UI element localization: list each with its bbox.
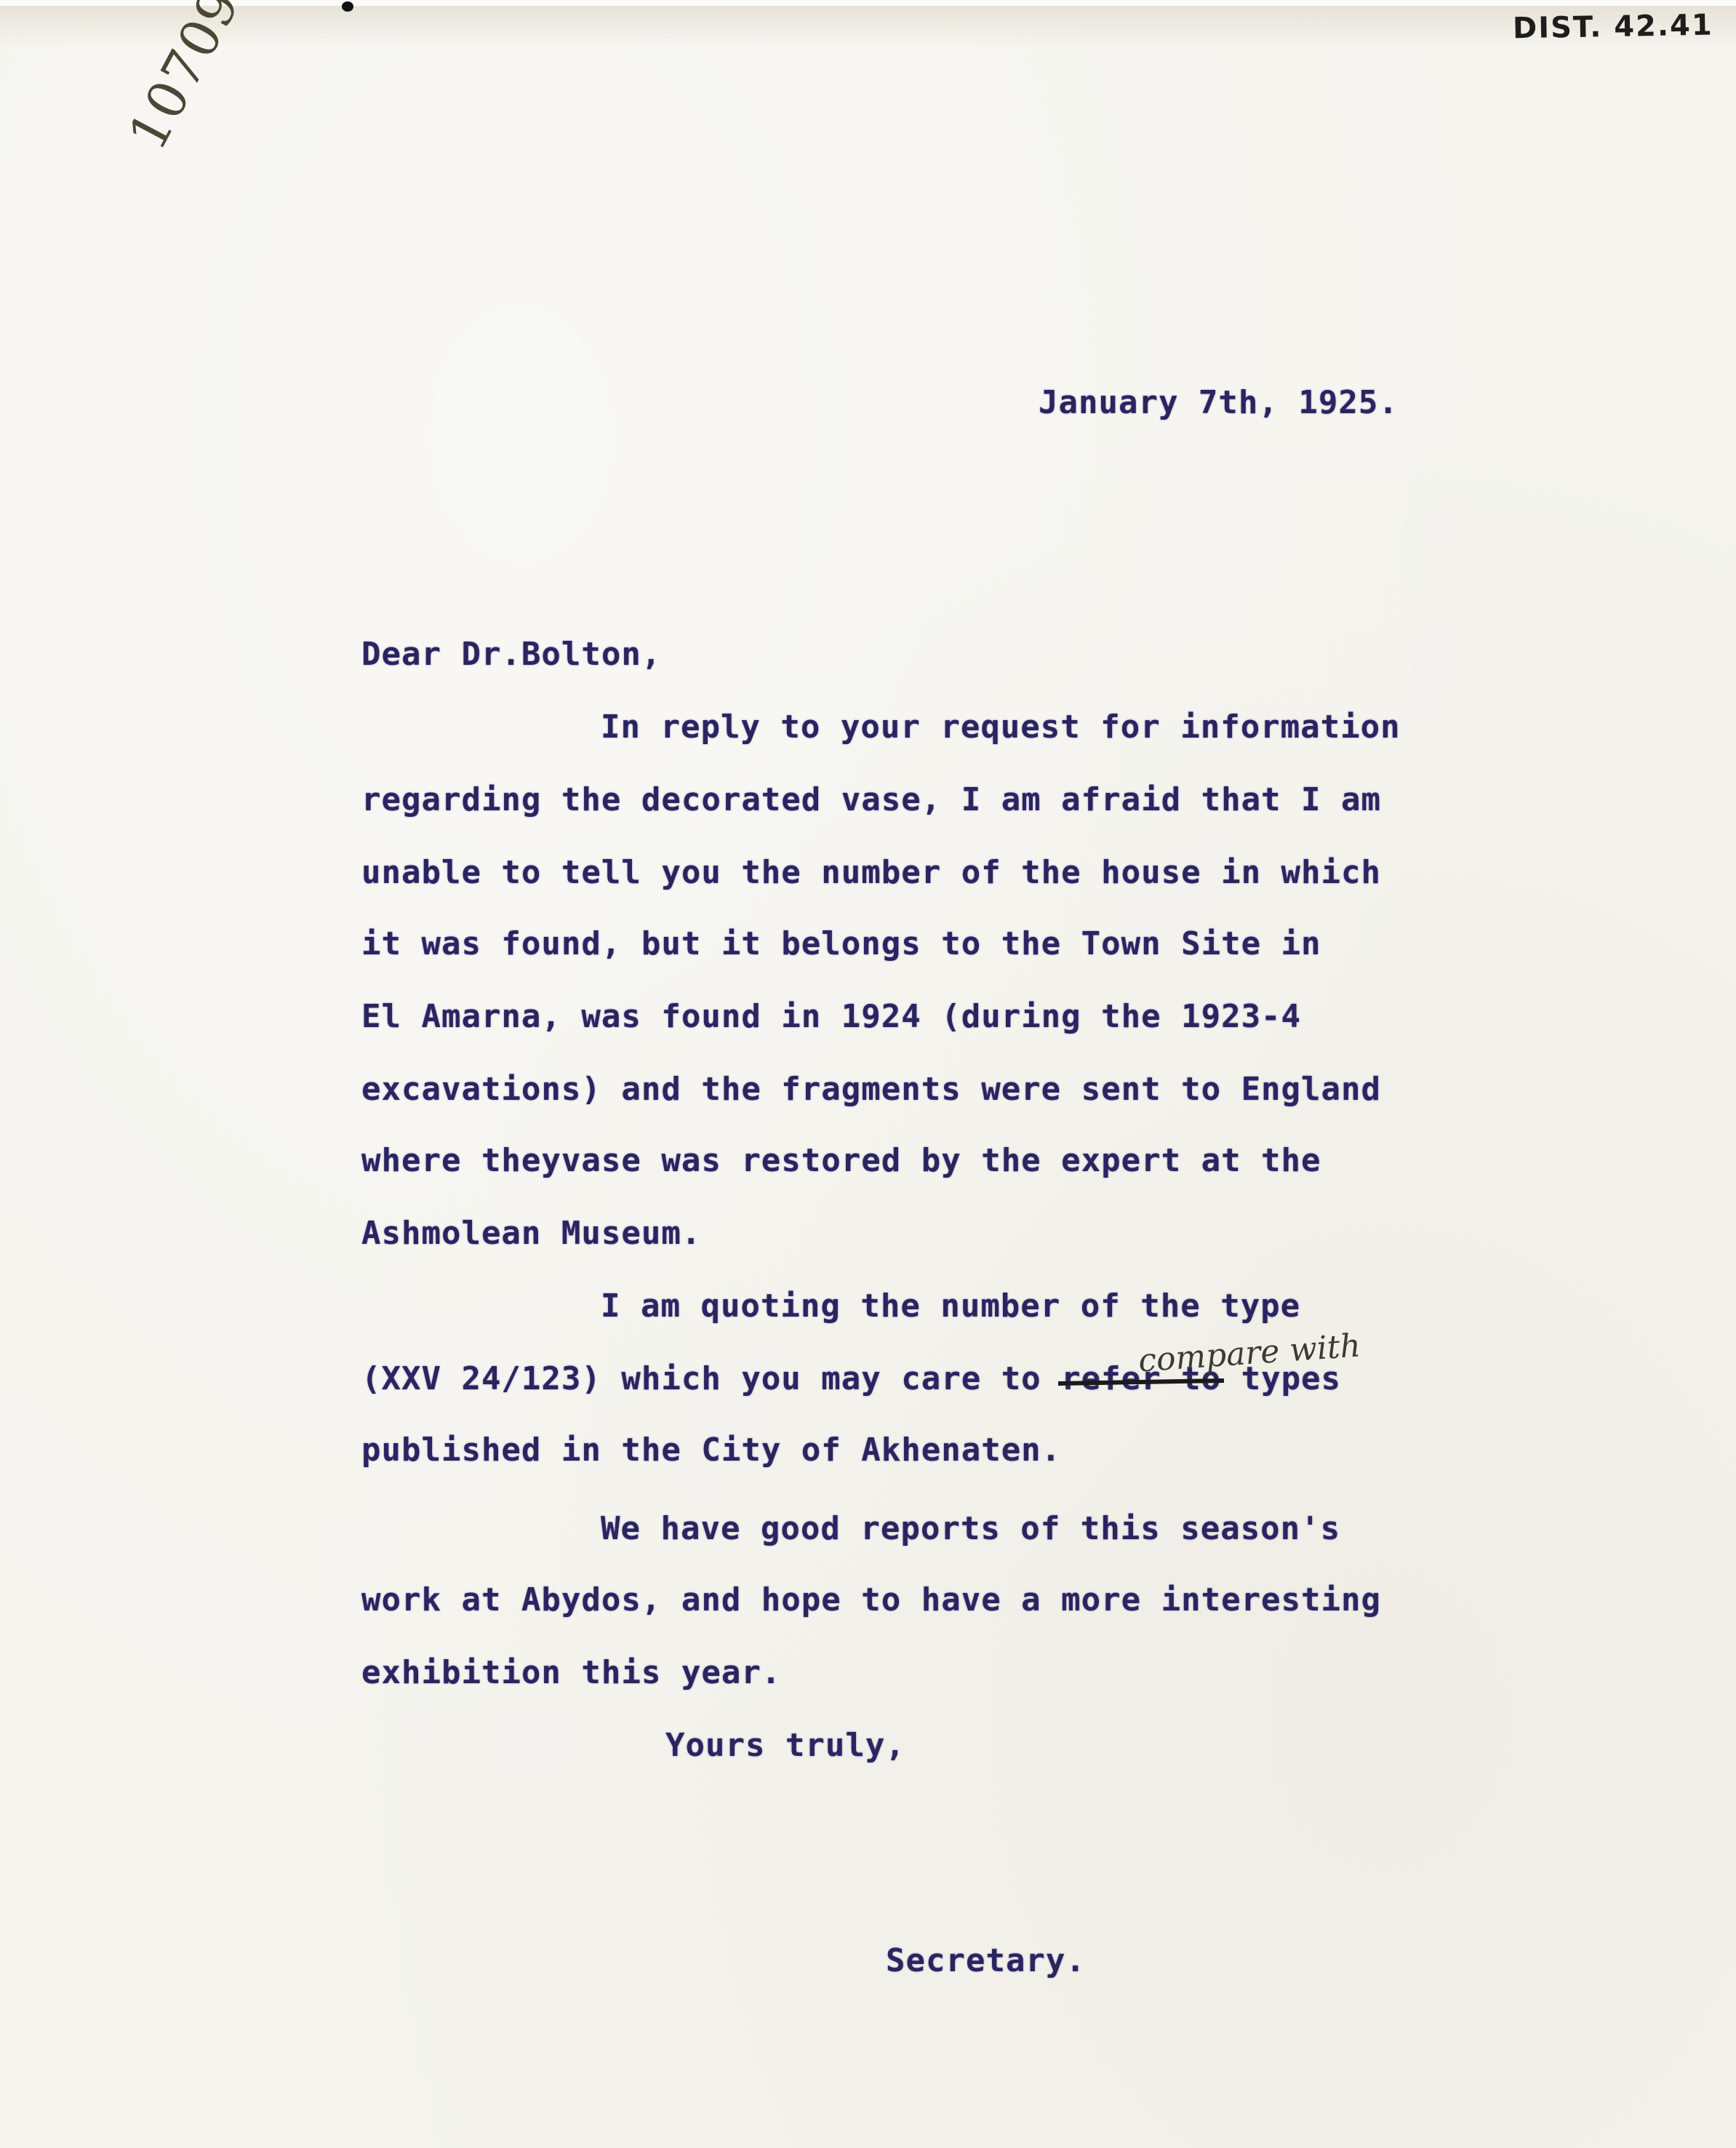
paragraph-1-line-1: In reply to your request for information <box>601 708 1401 746</box>
catalog-number: DIST. 42.41 <box>1513 9 1714 46</box>
closing: Yours truly, <box>665 1727 905 1764</box>
paper-top-discoloration <box>0 6 1736 49</box>
signature-title: Secretary. <box>886 1942 1086 1979</box>
salutation: Dear Dr.Bolton, <box>361 636 661 673</box>
paragraph-1-line-2: regarding the decorated vase, I am afrai… <box>361 781 1381 818</box>
letter-date: January 7th, 1925. <box>1039 384 1399 421</box>
paragraph-1-line-8: Ashmolean Museum. <box>361 1215 701 1252</box>
paragraph-1-line-6: excavations) and the fragments were sent… <box>361 1071 1381 1108</box>
paragraph-2-line-1: I am quoting the number of the type <box>601 1287 1300 1325</box>
paragraph-1-line-3: unable to tell you the number of the hou… <box>361 854 1381 891</box>
paragraph-3-line-1: We have good reports of this season's <box>601 1510 1340 1547</box>
paragraph-2-line-2-start: (XXV 24/123) which you may care to <box>361 1360 1061 1397</box>
paragraph-3-line-3: exhibition this year. <box>361 1654 781 1691</box>
paragraph-1-line-5: El Amarna, was found in 1924 (during the… <box>361 998 1301 1035</box>
paragraph-1-line-7: where theyvase was restored by the exper… <box>361 1142 1321 1179</box>
paragraph-2-line-3: published in the City of Akhenaten. <box>361 1432 1061 1469</box>
paragraph-1-line-4: it was found, but it belongs to the Town… <box>361 925 1321 962</box>
paragraph-3-line-2: work at Abydos, and hope to have a more … <box>361 1581 1381 1618</box>
ink-dot <box>342 1 353 12</box>
